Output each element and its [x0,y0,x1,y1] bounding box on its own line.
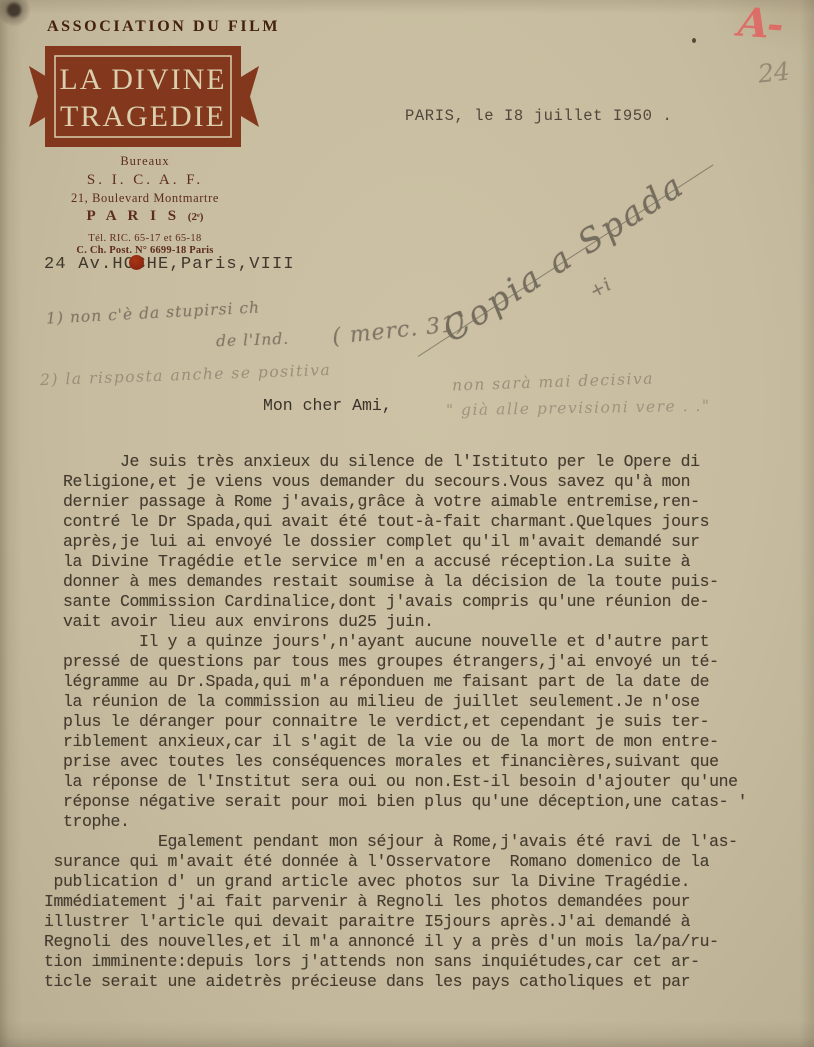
red-crayon-mark: A- [736,0,783,48]
banner-left-ribbon-icon [29,66,47,127]
letter-body: Je suis très anxieux du silence de l'Ist… [44,452,747,992]
paper-speck [692,38,696,43]
logo-line2: TRAGEDIE [60,100,226,133]
pencil-note-2c: " già alle previsioni vere . ." [446,397,711,420]
bureaux-label: Bureaux [30,154,260,169]
pencil-note-2b: non sarà mai decisiva [452,369,654,394]
association-title: ASSOCIATION DU FILM [47,18,280,36]
street-address: 21, Boulevard Montmartre [30,191,260,206]
letter-scan-page: ASSOCIATION DU FILM LA DIVINE TRAGEDIE B… [0,0,814,1047]
phone-line: Tél. RIC. 65-17 et 65-18 [30,233,260,244]
pencil-note-1: 1) non c'è da stupirsi ch [46,298,261,327]
date-line: PARIS, le I8 juillet I950 . [405,107,672,125]
pencil-note-2: 2) la risposta anche se positiva [40,361,332,389]
pencil-note-1c: ( merc. 31) [331,311,467,350]
red-ink-dot [129,255,144,270]
logo-line1: LA DIVINE [59,63,226,96]
city-line: P A R I S (2ᵉ) [30,208,260,225]
sicaf-label: S. I. C. A. F. [30,172,260,189]
pencil-page-number: 24 [757,56,792,88]
banner-right-ribbon-icon [241,66,259,127]
copia-a-spada-note: Copia a Spada [435,164,691,349]
typed-address-line: 24 Av.HOCHE,Paris,VIII [44,255,295,274]
salutation: Mon cher Ami, [263,396,392,415]
letterhead-address-block: Bureaux S. I. C. A. F. 21, Boulevard Mon… [30,154,260,256]
small-pencil-mark: +i [586,274,614,302]
pencil-note-1b: de l'Ind. [216,330,290,351]
arrondissement: (2ᵉ) [188,211,204,223]
city-name: P A R I S [87,208,181,224]
film-banner-logo: LA DIVINE TRAGEDIE [28,45,260,148]
